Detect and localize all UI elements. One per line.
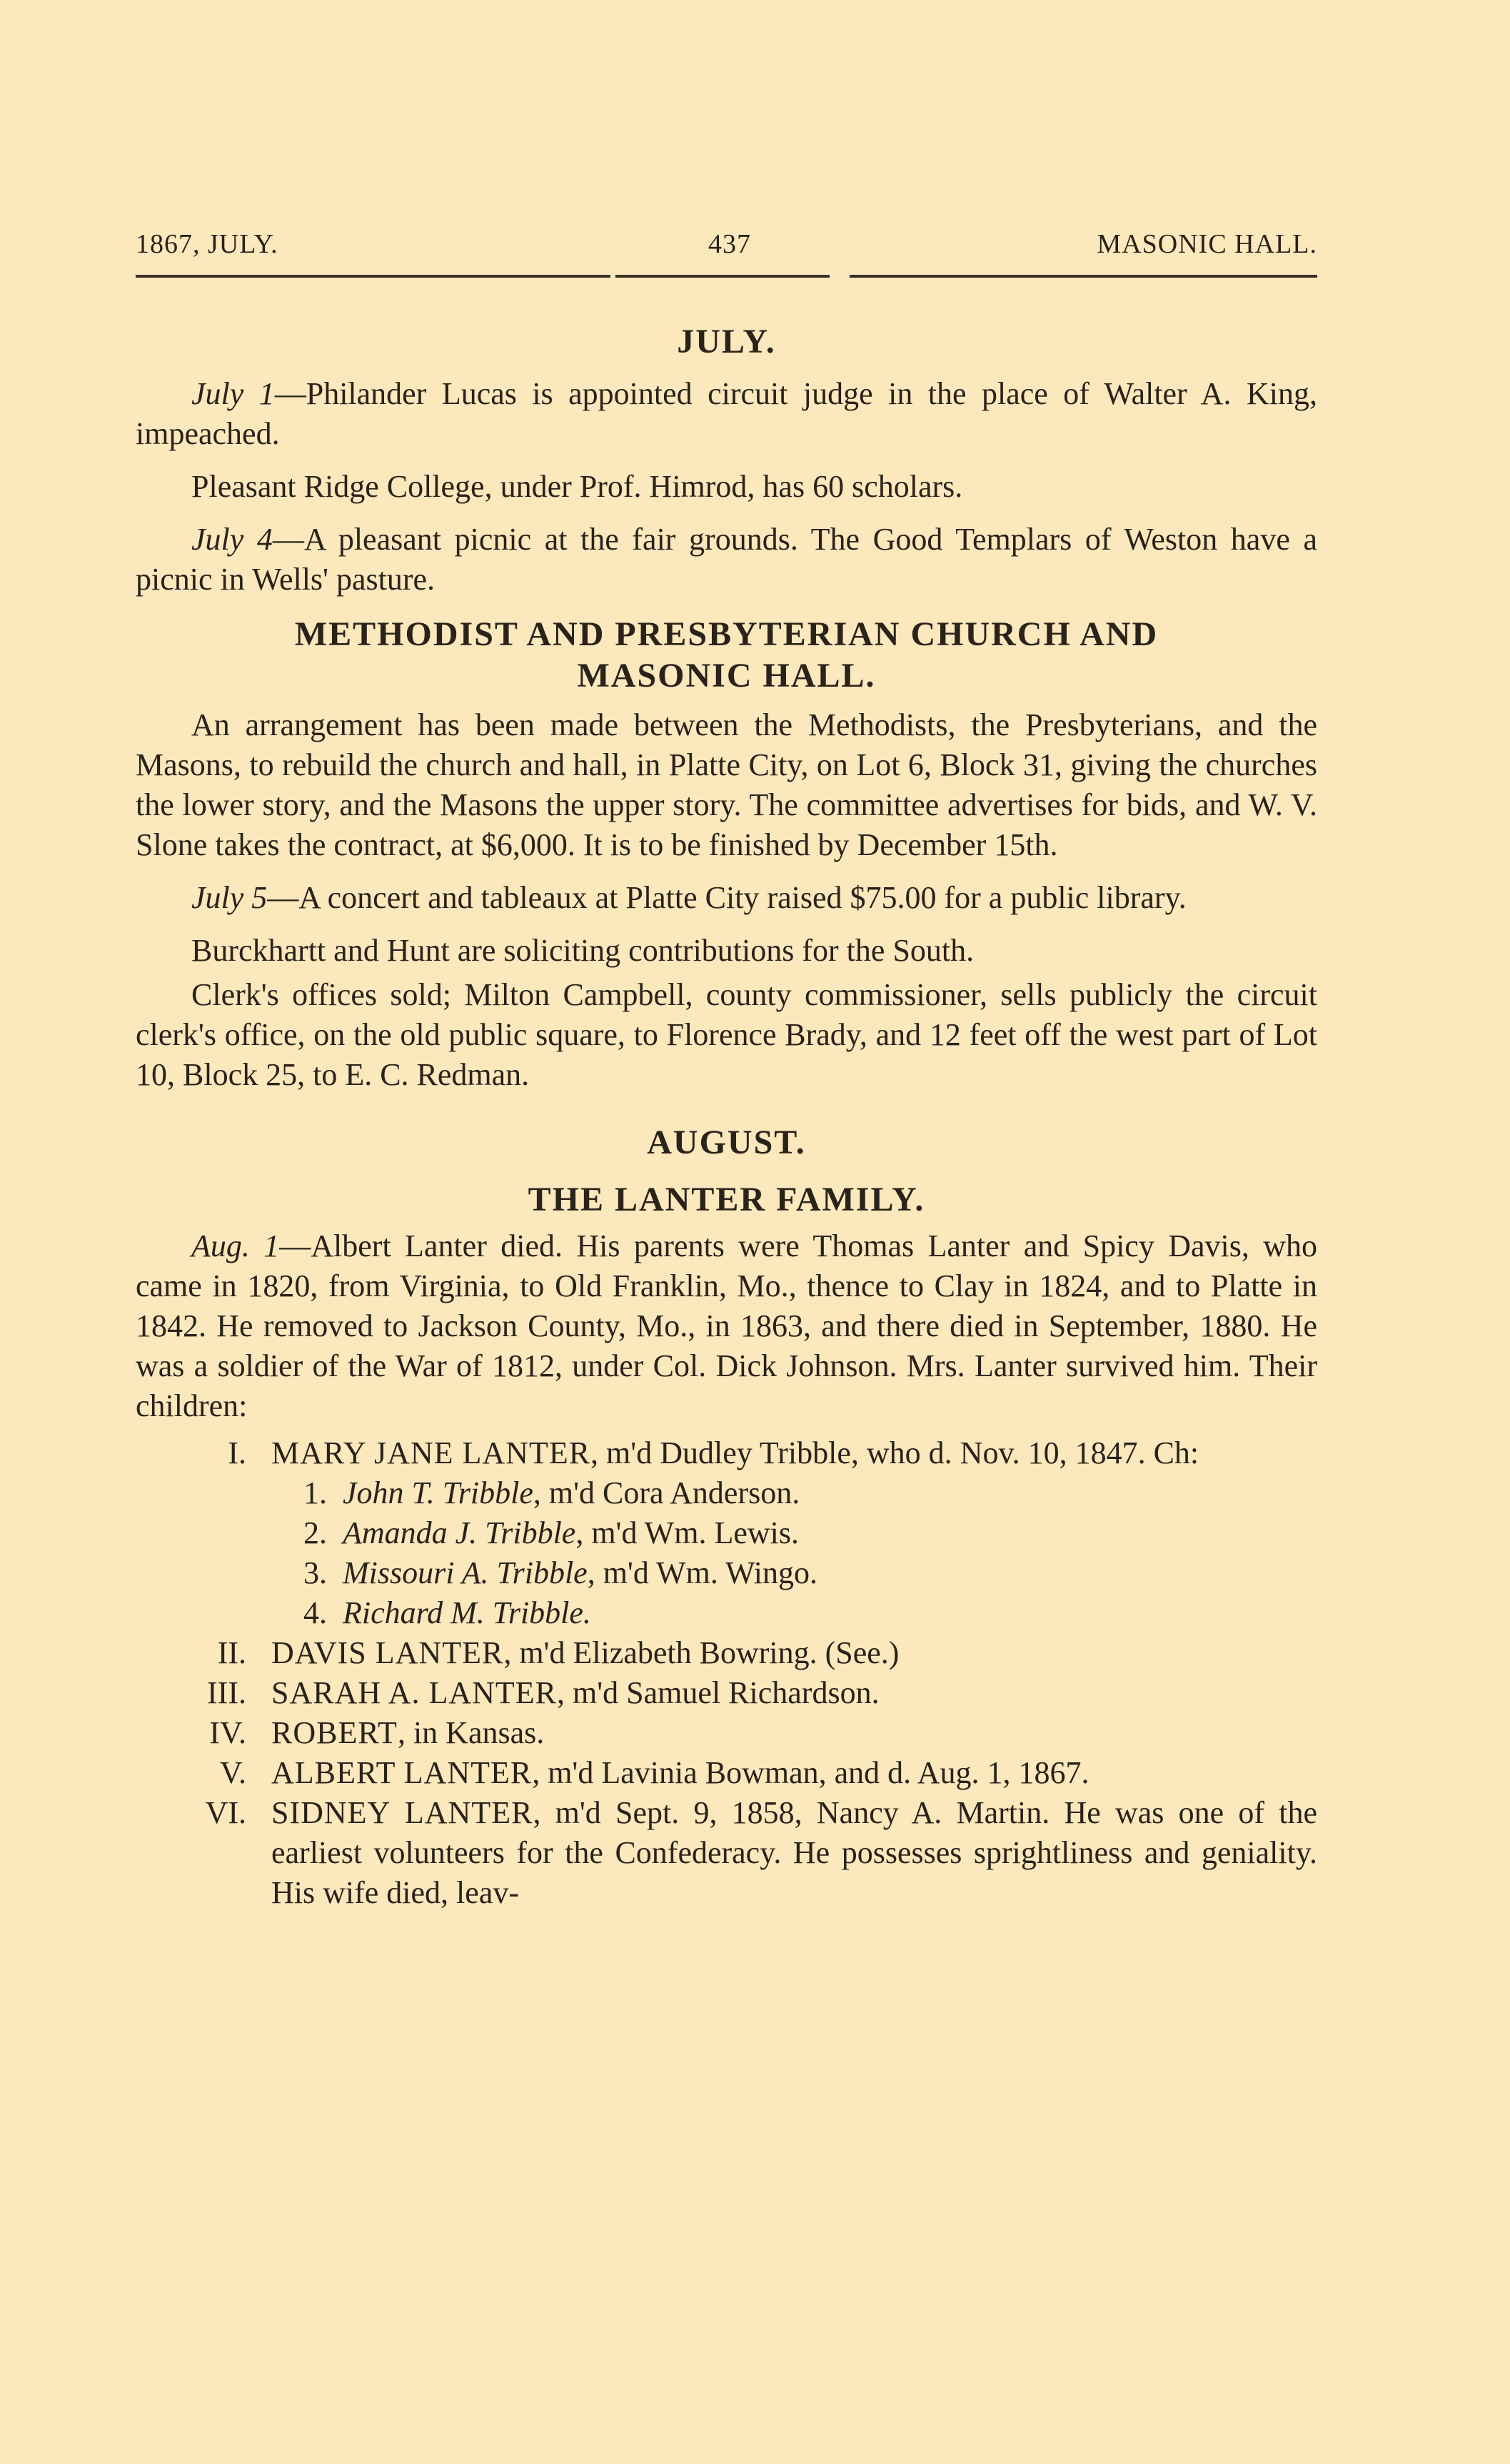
running-head-left: 1867, JULY. — [136, 228, 278, 260]
child-item: IV. ROBERT, in Kansas. — [136, 1713, 1317, 1753]
section-heading-church: METHODIST AND PRESBYTERIAN CHURCH AND MA… — [136, 614, 1317, 697]
grandchild-num: 1. — [303, 1473, 327, 1513]
page-number: 437 — [708, 228, 751, 260]
entry-clerks-offices: Clerk's offices sold; Milton Campbell, c… — [136, 975, 1317, 1095]
child-item: VI. SIDNEY LANTER, m'd Sept. 9, 1858, Na… — [136, 1793, 1317, 1913]
grandchild-item: 2.Amanda J. Tribble, m'd Wm. Lewis. — [271, 1513, 1317, 1553]
entry-date: Aug. 1 — [191, 1228, 279, 1263]
entry-text: Pleasant Ridge College, under Prof. Himr… — [191, 469, 962, 504]
entry-text: —Albert Lanter died. His parents were Th… — [136, 1228, 1317, 1423]
entry-text: —Philander Lucas is appointed circuit ju… — [136, 376, 1317, 451]
child-numeral: I. — [136, 1433, 246, 1473]
entry-july-5: July 5—A concert and tableaux at Platte … — [136, 878, 1317, 918]
child-numeral: V. — [136, 1753, 246, 1793]
child-name: ROBERT — [271, 1715, 398, 1750]
section-heading-line2: MASONIC HALL. — [577, 657, 875, 695]
month-heading-august: AUGUST. — [136, 1122, 1317, 1163]
grandchild-text: , m'd Wm. Lewis. — [575, 1515, 799, 1550]
entry-date: July 4 — [191, 522, 273, 557]
church-paragraph: An arrangement has been made between the… — [136, 705, 1317, 865]
child-numeral: II. — [136, 1633, 246, 1673]
grandchild-text: , m'd Cora Anderson. — [533, 1475, 800, 1510]
header-rule-center — [615, 275, 830, 278]
grandchild-name: Richard M. Tribble. — [343, 1595, 591, 1630]
grandchild-text: , m'd Wm. Wingo. — [588, 1555, 817, 1590]
child-item: V. ALBERT LANTER, m'd Lavinia Bowman, an… — [136, 1753, 1317, 1793]
child-text: , m'd Elizabeth Bowring. (See.) — [503, 1635, 899, 1670]
entry-date: July 1 — [191, 376, 275, 411]
child-text: , m'd Dudley Tribble, who d. Nov. 10, 18… — [590, 1435, 1199, 1470]
child-text: , in Kansas. — [398, 1715, 544, 1750]
child-item: II. DAVIS LANTER, m'd Elizabeth Bowring.… — [136, 1633, 1317, 1673]
child-text: , m'd Lavinia Bowman, and d. Aug. 1, 186… — [532, 1755, 1089, 1790]
grandchild-item: 4.Richard M. Tribble. — [271, 1593, 1317, 1633]
child-name: SARAH A. LANTER — [271, 1675, 557, 1710]
entry-july-1: July 1—Philander Lucas is appointed circ… — [136, 374, 1317, 454]
grandchild-num: 4. — [303, 1593, 327, 1633]
grandchild-name: Missouri A. Tribble — [343, 1555, 588, 1590]
running-head: 1867, JULY. 437 MASONIC HALL. — [136, 228, 1317, 278]
entry-text: —A concert and tableaux at Platte City r… — [267, 880, 1186, 915]
entry-burckhartt-hunt: Burckhartt and Hunt are soliciting contr… — [136, 931, 1317, 971]
child-numeral: VI. — [136, 1793, 246, 1833]
child-numeral: III. — [136, 1673, 246, 1713]
child-name: SIDNEY LANTER — [271, 1795, 533, 1830]
grandchild-num: 2. — [303, 1513, 327, 1553]
entry-text: Clerk's offices sold; Milton Campbell, c… — [136, 977, 1317, 1092]
section-heading-line1: METHODIST AND PRESBYTERIAN CHURCH AND — [295, 615, 1158, 653]
entry-aug-1: Aug. 1—Albert Lanter died. His parents w… — [136, 1226, 1317, 1426]
grandchild-item: 3.Missouri A. Tribble, m'd Wm. Wingo. — [271, 1553, 1317, 1593]
child-item: I. MARY JANE LANTER, m'd Dudley Tribble,… — [136, 1433, 1317, 1633]
child-name: ALBERT LANTER — [271, 1755, 532, 1790]
children-list: I. MARY JANE LANTER, m'd Dudley Tribble,… — [136, 1433, 1317, 1913]
child-name: DAVIS LANTER — [271, 1635, 503, 1670]
child-numeral: IV. — [136, 1713, 246, 1753]
grandchild-name: John T. Tribble — [343, 1475, 533, 1510]
entry-text: —A pleasant picnic at the fair grounds. … — [136, 522, 1317, 597]
entry-july-4: July 4—A pleasant picnic at the fair gro… — [136, 520, 1317, 600]
book-page: 1867, JULY. 437 MASONIC HALL. JULY. July… — [136, 228, 1317, 1913]
grandchild-num: 3. — [303, 1553, 327, 1593]
section-heading-lanter-family: THE LANTER FAMILY. — [136, 1179, 1317, 1221]
grandchild-item: 1.John T. Tribble, m'd Cora Anderson. — [271, 1473, 1317, 1513]
entry-text: Burckhartt and Hunt are soliciting contr… — [191, 933, 974, 968]
child-item: III. SARAH A. LANTER, m'd Samuel Richard… — [136, 1673, 1317, 1713]
running-head-right: MASONIC HALL. — [1097, 228, 1317, 260]
month-heading-july: JULY. — [136, 321, 1317, 363]
header-rule-left — [136, 275, 610, 278]
entry-pleasant-ridge: Pleasant Ridge College, under Prof. Himr… — [136, 467, 1317, 507]
grandchild-name: Amanda J. Tribble — [343, 1515, 575, 1550]
child-text: , m'd Samuel Richardson. — [557, 1675, 880, 1710]
entry-date: July 5 — [191, 880, 267, 915]
header-rule-right — [850, 275, 1317, 278]
grandchildren-list: 1.John T. Tribble, m'd Cora Anderson. 2.… — [271, 1473, 1317, 1633]
child-name: MARY JANE LANTER — [271, 1435, 590, 1470]
